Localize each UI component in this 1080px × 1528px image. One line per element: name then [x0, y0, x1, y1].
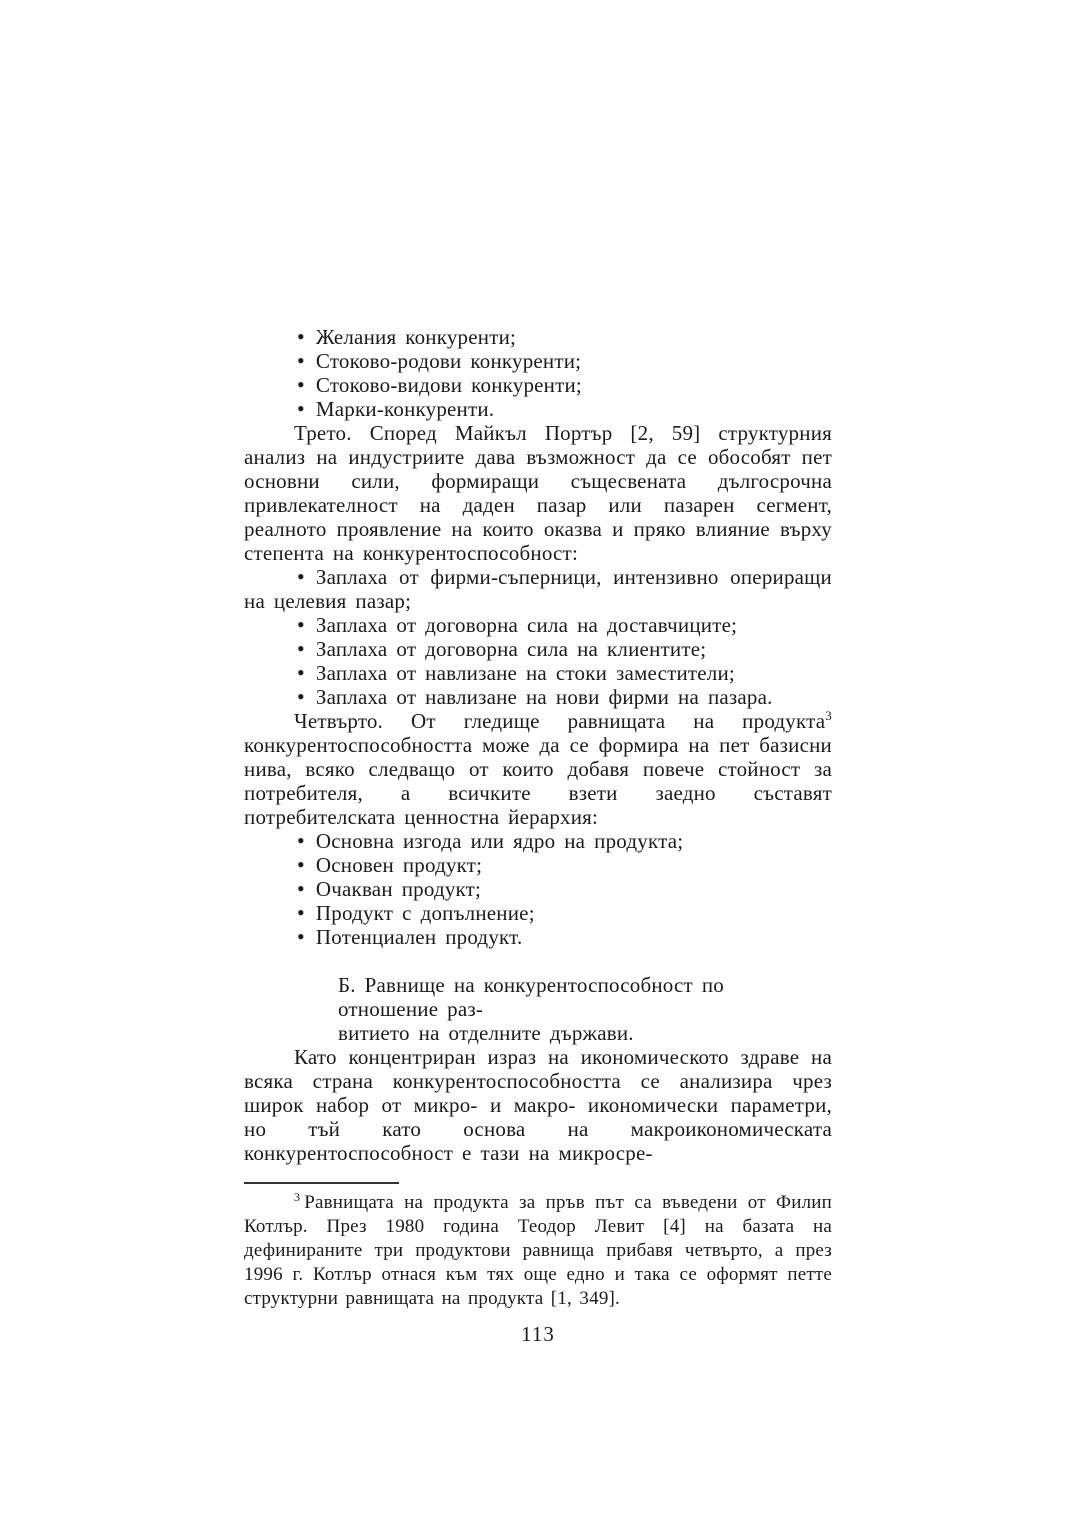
list-item-text: Заплаха от фирми-съперници, интензивно о…	[244, 565, 832, 613]
document-page: •Желания конкуренти; •Стоково-родови кон…	[0, 0, 1080, 1528]
footnote-marker: 3	[825, 708, 832, 723]
section-heading-b: Б. Равнище на конкурентоспособност по от…	[338, 973, 832, 1045]
footnote-rule	[244, 1182, 399, 1184]
list-item-text: Стоково-видови конкуренти;	[316, 373, 582, 397]
bullet-icon: •	[297, 396, 305, 421]
list-item: •Основен продукт;	[244, 853, 832, 877]
list-item: •Стоково-родови конкуренти;	[244, 349, 832, 373]
footnote-text: Равнищата на продукта за пръв път са във…	[244, 1192, 832, 1309]
list-item: •Заплаха от договорна сила на доставчици…	[244, 613, 832, 637]
bullet-list-competitors: •Желания конкуренти; •Стоково-родови кон…	[244, 325, 832, 421]
bullet-icon: •	[297, 828, 305, 853]
list-item-text: Потенциален продукт.	[316, 925, 523, 949]
list-item: •Желания конкуренти;	[244, 325, 832, 349]
paragraph-treto: Трето. Според Майкъл Портър [2, 59] стру…	[244, 421, 832, 565]
list-item: •Стоково-видови конкуренти;	[244, 373, 832, 397]
bullet-icon: •	[297, 348, 305, 373]
bullet-icon: •	[297, 876, 305, 901]
list-item: •Заплаха от договорна сила на клиентите;	[244, 637, 832, 661]
list-item: •Потенциален продукт.	[244, 925, 832, 949]
list-item-text: Заплаха от навлизане на нови фирми на па…	[316, 685, 773, 709]
list-item-text: Продукт с допълнение;	[316, 901, 535, 925]
list-item: •Продукт с допълнение;	[244, 901, 832, 925]
paragraph-text: Четвърто. От гледище равнищата на продук…	[294, 709, 825, 733]
list-item: •Очакван продукт;	[244, 877, 832, 901]
bullet-icon: •	[297, 636, 305, 661]
list-item-text: Основна изгода или ядро на продукта;	[316, 829, 683, 853]
paragraph-chetvarto: Четвърто. От гледище равнищата на продук…	[244, 709, 832, 829]
bullet-icon: •	[297, 612, 305, 637]
list-item-text: Основен продукт;	[316, 853, 482, 877]
bullet-icon: •	[297, 564, 305, 589]
bullet-icon: •	[297, 324, 305, 349]
list-item: •Заплаха от навлизане на стоки заместите…	[244, 661, 832, 685]
list-item-text: Марки-конкуренти.	[316, 397, 494, 421]
list-item: •Заплаха от навлизане на нови фирми на п…	[244, 685, 832, 709]
bullet-icon: •	[297, 684, 305, 709]
list-item-text: Желания конкуренти;	[316, 325, 516, 349]
footnote: 3Равнищата на продукта за пръв път са въ…	[244, 1191, 832, 1311]
bullet-icon: •	[297, 660, 305, 685]
bullet-icon: •	[297, 924, 305, 949]
list-item: •Основна изгода или ядро на продукта;	[244, 829, 832, 853]
bullet-list-threats: •Заплаха от фирми-съперници, интензивно …	[244, 565, 832, 709]
list-item: •Заплаха от фирми-съперници, интензивно …	[244, 565, 832, 613]
page-number: 113	[244, 1322, 832, 1346]
list-item: •Марки-конкуренти.	[244, 397, 832, 421]
bullet-icon: •	[297, 900, 305, 925]
bullet-icon: •	[297, 372, 305, 397]
list-item-text: Заплаха от договорна сила на доставчицит…	[316, 613, 737, 637]
bullet-list-product-levels: •Основна изгода или ядро на продукта; •О…	[244, 829, 832, 949]
bullet-icon: •	[297, 852, 305, 877]
footnote-marker: 3	[294, 1190, 300, 1204]
paragraph-text: конкурентоспособността може да се формир…	[244, 733, 832, 829]
list-item-text: Стоково-родови конкуренти;	[316, 349, 581, 373]
list-item-text: Заплаха от договорна сила на клиентите;	[316, 637, 706, 661]
list-item-text: Заплаха от навлизане на стоки заместител…	[316, 661, 735, 685]
paragraph-kato: Като концентриран израз на икономическот…	[244, 1045, 832, 1165]
list-item-text: Очакван продукт;	[316, 877, 481, 901]
text-block: •Желания конкуренти; •Стоково-родови кон…	[244, 325, 832, 1346]
